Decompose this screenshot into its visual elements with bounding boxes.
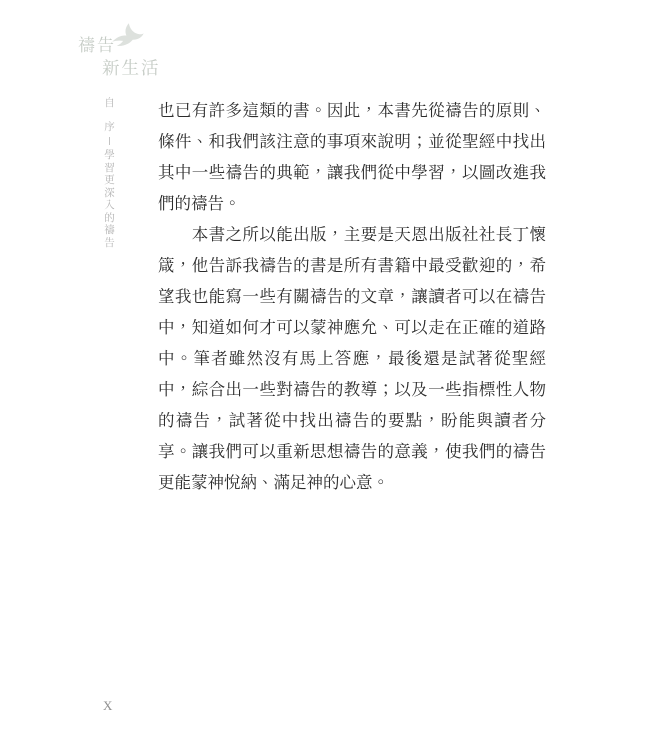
text-line: 其中一些禱告的典範，讓我們從中學習，以圖改進我 [158,157,546,188]
sidebar-subtitle-char: 入 [104,199,115,212]
text-line: 中，知道如何才可以蒙神應允、可以走在正確的道路 [158,312,546,343]
text-line: 箴，他告訴我禱告的書是所有書籍中最受歡迎的，希 [158,250,546,281]
sidebar-subtitle-char: 習 [104,162,115,175]
sidebar-divider [109,137,110,145]
sidebar-chapter-label: 自 序 學習更深入的禱告 [102,97,117,249]
sidebar-chapter-char: 自 [104,97,115,110]
text-line: 享。讓我們可以重新思想禱告的意義，使我們的禱告 [158,436,546,467]
text-line: 條件、和我們該注意的事項來說明；並從聖經中找出 [158,126,546,157]
sidebar-section-char: 序 [104,121,115,134]
dove-icon [110,21,145,56]
paragraph: 本書之所以能出版，主要是天恩出版社社長丁懷箴，他告訴我禱告的書是所有書籍中最受歡… [158,219,546,498]
text-line: 中。筆者雖然沒有馬上答應，最後還是試著從聖經 [158,343,546,374]
logo-title-line2: 新生活 [102,55,161,80]
text-line: 更能蒙神悅納、滿足神的心意。 [158,467,546,498]
sidebar-subtitle-char: 深 [104,187,115,200]
text-line: 們的禱告。 [158,188,546,219]
body-text: 也已有許多這類的書。因此，本書先從禱告的原則、條件、和我們該注意的事項來說明；並… [158,95,546,498]
sidebar-subtitle-char: 更 [104,174,115,187]
book-page: 禱告 新生活 自 序 學習更深入的禱告 也已有許多這類的書。因此，本書先從禱告的… [0,0,650,750]
text-line: 的禱告，試著從中找出禱告的要點，盼能與讀者分 [158,405,546,436]
sidebar-subtitle: 學習更深入的禱告 [104,149,115,249]
sidebar-subtitle-char: 禱 [104,224,115,237]
text-line: 中，綜合出一些對禱告的教導；以及一些指標性人物 [158,374,546,405]
sidebar-subtitle-char: 告 [104,237,115,250]
text-line: 本書之所以能出版，主要是天恩出版社社長丁懷 [158,219,546,250]
text-line: 也已有許多這類的書。因此，本書先從禱告的原則、 [158,95,546,126]
text-line: 望我也能寫一些有關禱告的文章，讓讀者可以在禱告 [158,281,546,312]
page-number: X [103,698,112,714]
paragraph: 也已有許多這類的書。因此，本書先從禱告的原則、條件、和我們該注意的事項來說明；並… [158,95,546,219]
sidebar-subtitle-char: 學 [104,149,115,162]
sidebar-subtitle-char: 的 [104,212,115,225]
